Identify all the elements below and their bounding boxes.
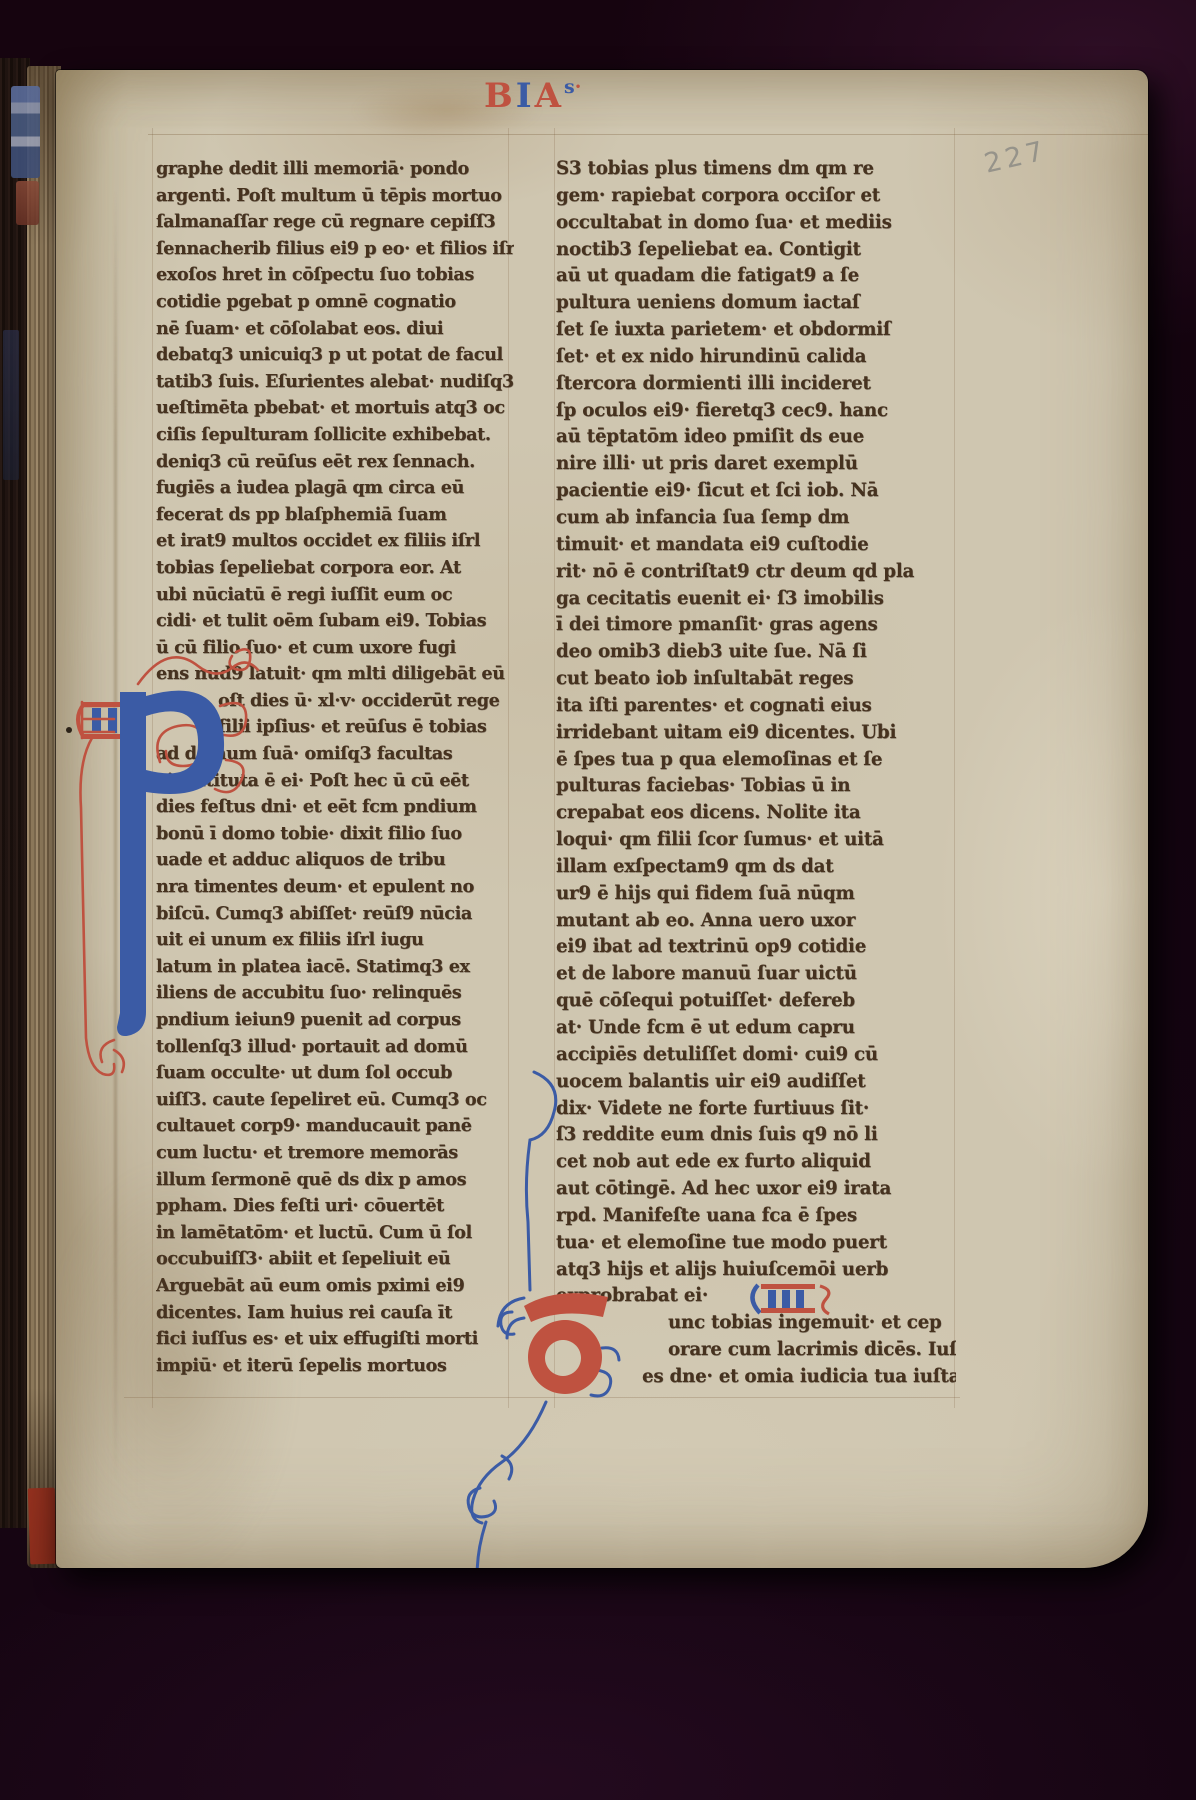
manuscript-text-line: ſuam occulte· ut dum ſol occub — [156, 1060, 514, 1087]
parchment-page: BIAs· 227 graphe dedit illi memoriā· pon… — [56, 70, 1148, 1568]
manuscript-text-line: filii ipſius· et reūſus ē tobias — [156, 714, 514, 741]
parchment-crease — [114, 190, 117, 1480]
manuscript-text-line: occultabat in domo ſua· et mediis — [556, 210, 956, 237]
manuscript-text-line: gem· rapiebat corpora occiſor et — [556, 183, 956, 210]
manuscript-text-line: cet nob aut ede ex furto aliquid — [556, 1149, 956, 1176]
manuscript-text-line: tatib3 ſuis. Eſurientes alebat· nudiſq3 — [156, 369, 514, 396]
manuscript-text-line: ita iſti parentes· et cognati eius — [556, 693, 956, 720]
manuscript-text-line: uit ei unum ex filiis iſrl iugu — [156, 927, 514, 954]
manuscript-text-line: uocem balantis uir ei9 audiſſet — [556, 1069, 956, 1096]
manuscript-text-line: dicentes. Iam huius rei cauſa īt — [156, 1300, 514, 1327]
manuscript-text-line: nē ſuam· et cōſolabat eos. diui — [156, 316, 514, 343]
manuscript-text-line: ueſtimēta pbebat· et mortuis atq3 oc — [156, 395, 514, 422]
manuscript-text-line: es dne· et omia iudicia tua iuſta ſt — [556, 1364, 956, 1391]
manuscript-text-line: tollenſq3 illud· portauit ad domū — [156, 1034, 514, 1061]
manuscript-text-line: latum in platea iacē. Statimq3 ex — [156, 954, 514, 981]
manuscript-text-line: cut beato iob inſultabāt reges — [556, 666, 956, 693]
manuscript-text-line: tobias ſepeliebat corpora eor. At — [156, 555, 514, 582]
edge-fleck-dark-blue — [3, 330, 19, 480]
manuscript-text-line: et de labore manuū ſuar uictū — [556, 961, 956, 988]
ruling-line-vertical — [554, 128, 555, 1408]
manuscript-text-line: ubi nūciatū ē regi iuſſit eum oc — [156, 582, 514, 609]
manuscript-text-line: mutant ab eo. Anna uero uxor — [556, 908, 956, 935]
running-title: BIAs· — [484, 78, 581, 113]
ruling-line-top — [148, 134, 1148, 135]
running-title-letter: · — [575, 76, 582, 98]
manuscript-text-line: ad domum ſuā· omiſq3 facultas — [156, 741, 514, 768]
running-title-letter: s — [564, 76, 575, 98]
manuscript-text-line: uiſſ3. caute ſepeliret eū. Cumq3 oc — [156, 1087, 514, 1114]
manuscript-text-line: cum ab infancia ſua ſemp dm — [556, 505, 956, 532]
manuscript-text-line: nra timentes deum· et epulent no — [156, 874, 514, 901]
manuscript-text-line: ſ3 reddite eum dnis ſuis q9 nō li — [556, 1122, 956, 1149]
manuscript-text-line: timuit· et mandata ei9 cuſtodie — [556, 532, 956, 559]
manuscript-text-line: exoſos hret in cōſpectu ſuo tobias — [156, 262, 514, 289]
manuscript-text-line: deniq3 cū reūſus eēt rex ſennach. — [156, 449, 514, 476]
manuscript-text-line: exprobrabat ei· — [556, 1283, 956, 1310]
manuscript-text-line: deo omib3 dieb3 uite ſue. Nā ſi — [556, 639, 956, 666]
manuscript-text-line: ens nud9 latuit· qm mlti diligebāt eū — [156, 661, 514, 688]
manuscript-text-line: dix· Videte ne forte furtiuus ſit· — [556, 1096, 956, 1123]
manuscript-text-line: oſt dies ū· xl·v· occiderūt rege — [156, 688, 514, 715]
manuscript-text-line: ga cecitatis euenit ei· ſ3 imobilis — [556, 586, 956, 613]
folio-number-pencil: 227 — [981, 135, 1050, 180]
manuscript-text-line: fecerat ds pp blaſphemiā ſuam — [156, 502, 514, 529]
manuscript-text-line: ppham. Dies feſti uri· cōuertēt — [156, 1193, 514, 1220]
manuscript-text-line: cultauet corp9· manducauit panē — [156, 1113, 514, 1140]
manuscript-photo: BIAs· 227 graphe dedit illi memoriā· pon… — [0, 0, 1196, 1800]
manuscript-text-line: noctib3 ſepeliebat ea. Contigit — [556, 237, 956, 264]
running-title-letter: A — [535, 76, 564, 116]
manuscript-text-line: ſet ſe iuxta parietem· et obdormiſ — [556, 317, 956, 344]
manuscript-text-line: illam exſpectam9 qm ds dat — [556, 854, 956, 881]
manuscript-text-line: unc tobias ingemuit· et cep — [556, 1310, 956, 1337]
ruling-line-vertical — [152, 128, 153, 1408]
manuscript-text-line: ſennacherib filius ei9 p eo· et filios i… — [156, 236, 514, 263]
manuscript-text-line: irridebant uitam ei9 dicentes. Ubi — [556, 720, 956, 747]
manuscript-text-line: bonū ī domo tobie· dixit filio ſuo — [156, 821, 514, 848]
manuscript-text-line: debatq3 unicuiq3 p ut potat de facul — [156, 342, 514, 369]
manuscript-text-line: atq3 hijs et alijs huiuſcemōi uerb — [556, 1257, 956, 1284]
manuscript-text-line: pulturas faciebas· Tobias ū in — [556, 773, 956, 800]
manuscript-text-line: aut cōtingē. Ad hec uxor ei9 irata — [556, 1176, 956, 1203]
manuscript-text-line: rpd. Manifeſte uana fca ē ſpes — [556, 1203, 956, 1230]
manuscript-text-line: in lamētatōm· et luctū. Cum ū ſol — [156, 1220, 514, 1247]
red-bookmark-tab — [28, 1488, 58, 1565]
manuscript-text-line: at· Unde fcm ē ut edum capru — [556, 1015, 956, 1042]
manuscript-text-line: fici iuſſus es· et uix effugiſti morti — [156, 1326, 514, 1353]
manuscript-text-line: ū cū filio ſuo· et cum uxore fugi — [156, 635, 514, 662]
manuscript-text-line: ſet· et ex nido hirundinū calida — [556, 344, 956, 371]
manuscript-text-line: ſtercora dormienti illi incideret — [556, 371, 956, 398]
manuscript-text-line: illum ſermonē quē ds dix p amos — [156, 1167, 514, 1194]
manuscript-text-line: ē ſpes tua p qua elemoſinas et ſe — [556, 747, 956, 774]
manuscript-text-line: orare cum lacrimis dicēs. Iuſt9 — [556, 1337, 956, 1364]
illuminated-edge-fleck-red — [16, 181, 39, 225]
running-title-letter: I — [516, 76, 535, 116]
manuscript-text-line: fugiēs a iudea plagā qm circa eū — [156, 475, 514, 502]
manuscript-text-line: graphe dedit illi memoriā· pondo — [156, 156, 514, 183]
chapter-marker-ii — [60, 692, 136, 754]
manuscript-text-line: tua· et elemoſine tue modo puert — [556, 1230, 956, 1257]
manuscript-text-line: ei9 ibat ad textrinū op9 cotidie — [556, 934, 956, 961]
manuscript-text-line: iliens de accubitu ſuo· relinquēs — [156, 980, 514, 1007]
manuscript-text-line: nire illi· ut pris daret exemplū — [556, 451, 956, 478]
manuscript-text-line: cidi· et tulit oēm ſubam ei9. Tobias — [156, 608, 514, 635]
manuscript-text-line: aū ut quadam die fatigat9 a ſe — [556, 263, 956, 290]
manuscript-text-line: accipiēs detuliſſet domi· cui9 cū — [556, 1042, 956, 1069]
manuscript-text-line: rit· nō ē contriſtat9 ctr deum qd pla — [556, 559, 956, 586]
manuscript-text-line: dies feſtus dni· et eēt fcm pndium — [156, 794, 514, 821]
manuscript-text-line: loqui· qm filii ſcor ſumus· et uitā — [556, 827, 956, 854]
manuscript-text-line: cum luctu· et tremore memorās — [156, 1140, 514, 1167]
manuscript-text-line: ur9 ē hijs qui fidem ſuā nūqm — [556, 881, 956, 908]
running-title-letter: B — [484, 76, 516, 116]
manuscript-text-line: ciſis ſepulturam ſollicite exhibebat. — [156, 422, 514, 449]
manuscript-text-line: biſcū. Cumq3 abiſſet· reūſ9 nūcia — [156, 901, 514, 928]
illuminated-edge-fleck-blue — [11, 86, 40, 178]
manuscript-text-line: uade et adduc aliquos de tribu — [156, 847, 514, 874]
manuscript-text-line: crepabat eos dicens. Nolite ita — [556, 800, 956, 827]
book-gutter-pages-edge — [0, 58, 30, 1528]
manuscript-text-line: ſp oculos ei9· fieretq3 cec9. hanc — [556, 398, 956, 425]
manuscript-text-line: occubuiſſ3· abiit et ſepeliuit eū — [156, 1246, 514, 1273]
text-column-left: graphe dedit illi memoriā· pondoargenti.… — [156, 156, 514, 1379]
manuscript-text-line: impiū· et iterū ſepelis mortuos — [156, 1353, 514, 1380]
manuscript-text-line: quē cōſequi potuiſſet· defereb — [556, 988, 956, 1015]
manuscript-text-line: argenti. Poſt multum ū tēpis mortuo — [156, 183, 514, 210]
manuscript-text-line: S3 tobias plus timens dm qm re — [556, 156, 956, 183]
manuscript-text-line: et irat9 multos occidet ex filiis iſrl — [156, 528, 514, 555]
manuscript-text-line: pndium ieiun9 puenit ad corpus — [156, 1007, 514, 1034]
manuscript-text-line: ſalmanaſſar rege cū regnare cepiſſ3 — [156, 209, 514, 236]
manuscript-text-line: cotidie pgebat p omnē cognatio — [156, 289, 514, 316]
ruling-line-bottom — [124, 1397, 960, 1398]
manuscript-text-line: pultura ueniens domum iactaſ — [556, 290, 956, 317]
manuscript-text-line: Arguebāt aū eum omis pximi ei9 — [156, 1273, 514, 1300]
manuscript-text-line: ei reſtituta ē ei· Poſt hec ū cū eēt — [156, 768, 514, 795]
manuscript-text-line: pacientie ei9· ſicut et ſci iob. Nā — [556, 478, 956, 505]
text-column-right: S3 tobias plus timens dm qm regem· rapie… — [556, 156, 956, 1391]
manuscript-text-line: ī dei timore pmanſit· gras agens — [556, 612, 956, 639]
manuscript-text-line: aū tēptatōm ideo pmiſit ds eue — [556, 424, 956, 451]
